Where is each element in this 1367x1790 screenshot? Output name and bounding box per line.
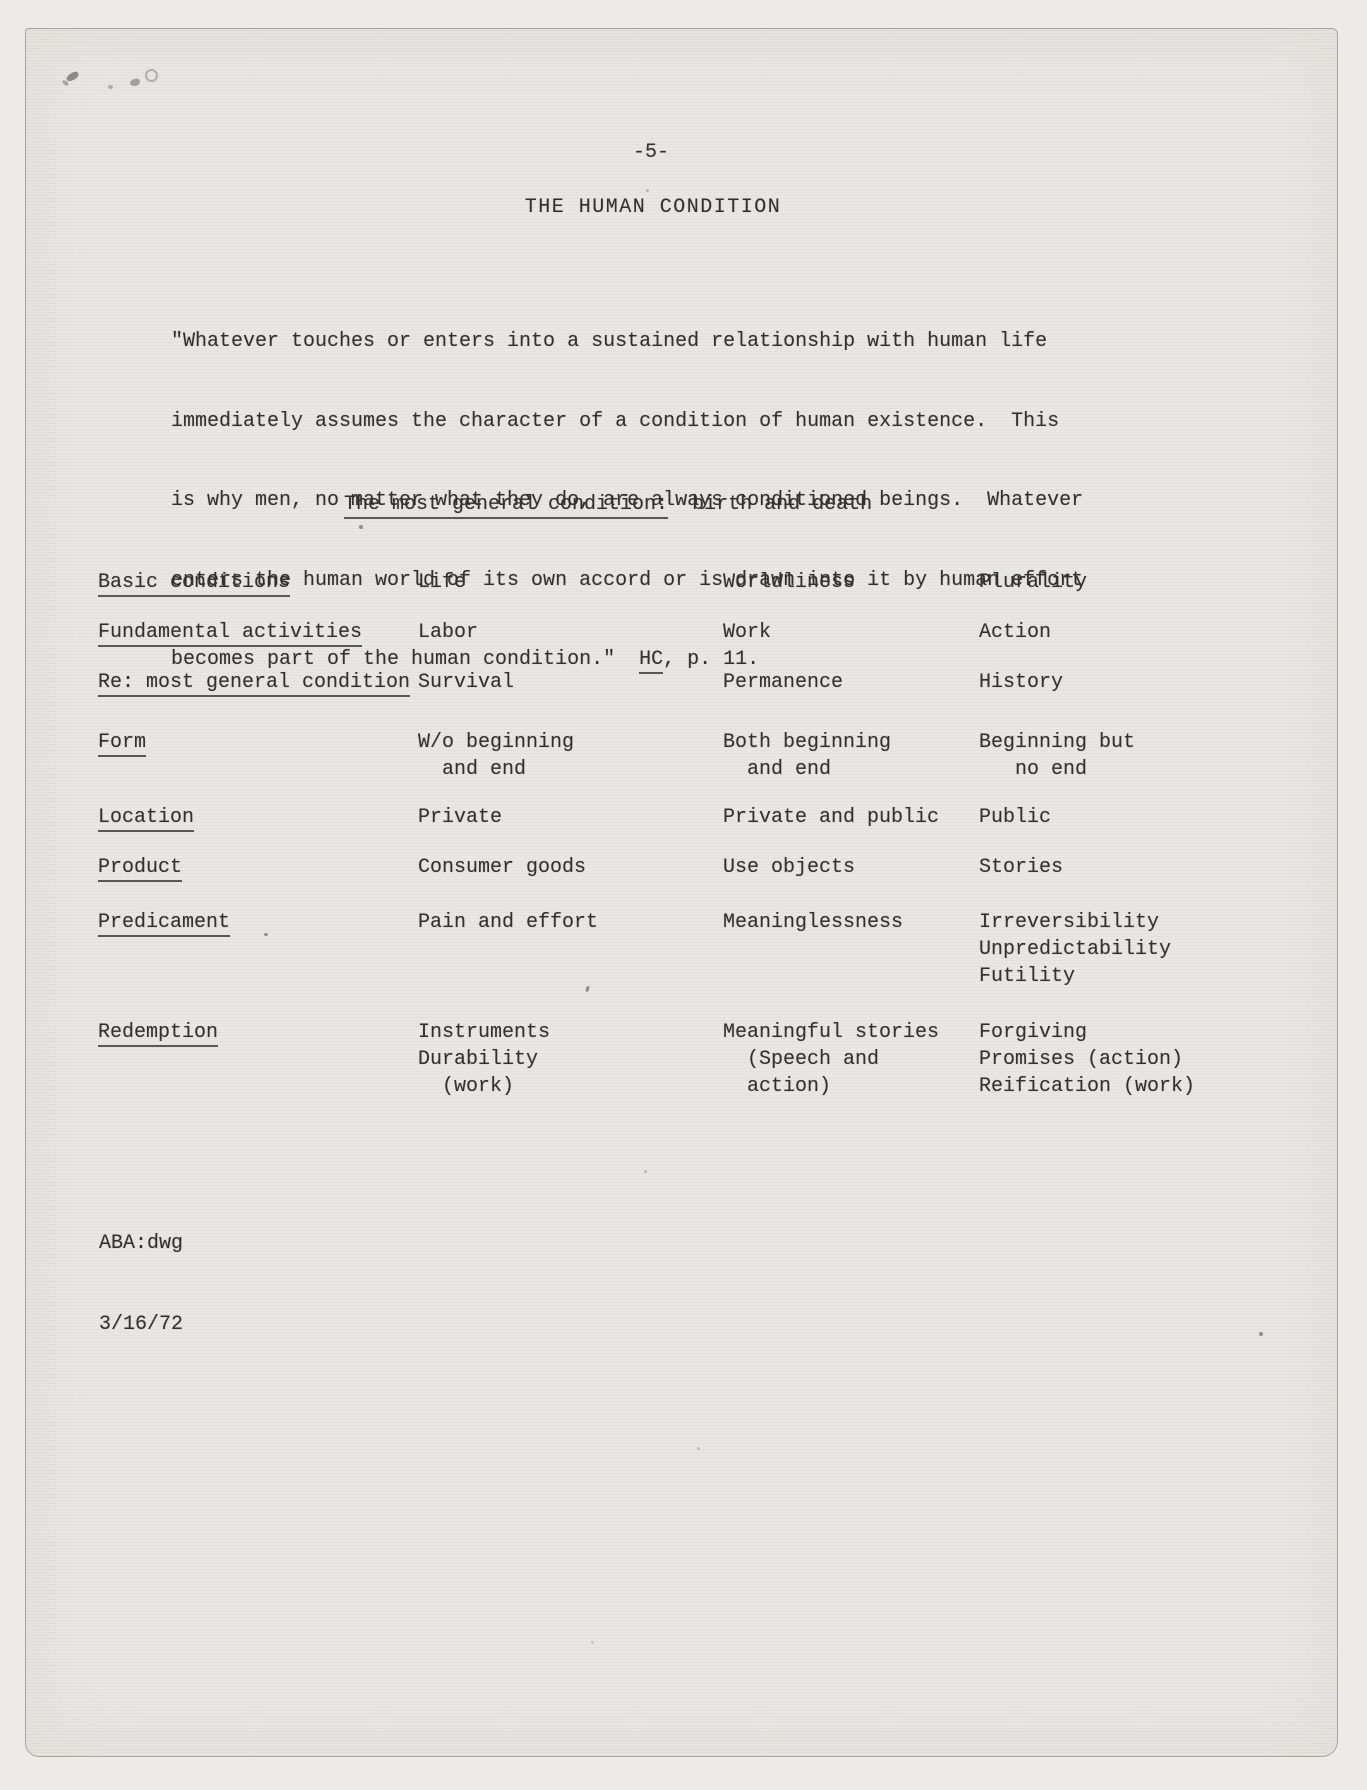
- page-title: THE HUMAN CONDITION: [453, 194, 853, 221]
- scan-speck: [644, 1170, 647, 1173]
- table-cell: Private: [418, 804, 502, 831]
- table-cell: Irreversibility Unpredictability Futilit…: [979, 909, 1171, 990]
- quote-line: "Whatever touches or enters into a susta…: [171, 329, 1083, 356]
- table-cell: Consumer goods: [418, 854, 586, 881]
- table-cell: Private and public: [723, 804, 939, 831]
- row-label: Re: most general condition: [98, 669, 410, 696]
- quote-line: enters the human world of its own accord…: [171, 568, 1083, 595]
- pencil-mark: [65, 70, 80, 82]
- row-label: Form: [98, 729, 146, 756]
- table-cell: Beginning but no end: [979, 729, 1135, 783]
- typist-initials: ABA:dwg: [99, 1230, 183, 1257]
- table-cell: Labor: [418, 619, 478, 646]
- table-cell: Work: [723, 619, 771, 646]
- document-page: -5- THE HUMAN CONDITION "Whatever touche…: [25, 28, 1338, 1757]
- row-label-text: Form: [98, 731, 146, 757]
- table-cell: Use objects: [723, 854, 855, 881]
- table-cell: Instruments Durability (work): [418, 1019, 550, 1100]
- scan-speck: [646, 189, 649, 192]
- scanned-document: { "page": { "number": "-5-", "title": "T…: [0, 0, 1367, 1790]
- row-label: Product: [98, 854, 182, 881]
- pencil-mark: [129, 78, 140, 87]
- quote-line: immediately assumes the character of a c…: [171, 409, 1083, 436]
- row-label-text: Predicament: [98, 911, 230, 937]
- row-label: Redemption: [98, 1019, 218, 1046]
- table-cell: Stories: [979, 854, 1063, 881]
- scan-speck: [264, 933, 268, 936]
- table-cell: Both beginning and end: [723, 729, 891, 783]
- row-label-text: Re: most general condition: [98, 671, 410, 697]
- pencil-mark: [62, 79, 70, 87]
- subheading-underlined: The most general condition:: [344, 493, 668, 519]
- scan-speck: [1259, 1332, 1263, 1336]
- table-cell: Pain and effort: [418, 909, 598, 936]
- scan-speck: [591, 1641, 594, 1644]
- document-date: 3/16/72: [99, 1311, 183, 1338]
- subheading-rest: birth and death: [668, 493, 872, 516]
- row-label: Predicament: [98, 909, 230, 936]
- table-cell: Life: [418, 569, 466, 596]
- scan-speck: [359, 525, 363, 529]
- row-label: Fundamental activities: [98, 619, 362, 646]
- scan-speck: [585, 986, 590, 993]
- quote-citation-text: becomes part of the human condition.": [171, 648, 639, 671]
- table-cell: Permanence: [723, 669, 843, 696]
- quote-citation-abbrev: HC: [639, 648, 663, 674]
- scan-speck: [697, 1447, 700, 1450]
- typist-signature-block: ABA:dwg 3/16/72: [99, 1176, 183, 1392]
- row-label-text: Basic conditions: [98, 571, 290, 597]
- table-cell: W/o beginning and end: [418, 729, 574, 783]
- row-label-text: Redemption: [98, 1021, 218, 1047]
- pencil-mark: [108, 85, 113, 89]
- table-cell: Action: [979, 619, 1051, 646]
- table-cell: Plurality: [979, 569, 1087, 596]
- table-cell: Meaninglessness: [723, 909, 903, 936]
- table-cell: Public: [979, 804, 1051, 831]
- row-label: Location: [98, 804, 194, 831]
- table-cell: History: [979, 669, 1063, 696]
- row-label-text: Product: [98, 856, 182, 882]
- page-number: -5-: [586, 139, 716, 166]
- pencil-mark: [145, 69, 158, 82]
- row-label: Basic conditions: [98, 569, 290, 596]
- table-cell: Worldliness: [723, 569, 855, 596]
- table-cell: Survival: [418, 669, 514, 696]
- section-subheading: The most general condition: birth and de…: [344, 491, 872, 518]
- row-label-text: Fundamental activities: [98, 621, 362, 647]
- row-label-text: Location: [98, 806, 194, 832]
- quote-citation-page: , p. 11.: [663, 648, 759, 671]
- table-cell: Meaningful stories (Speech and action): [723, 1019, 939, 1100]
- table-cell: Forgiving Promises (action) Reification …: [979, 1019, 1195, 1100]
